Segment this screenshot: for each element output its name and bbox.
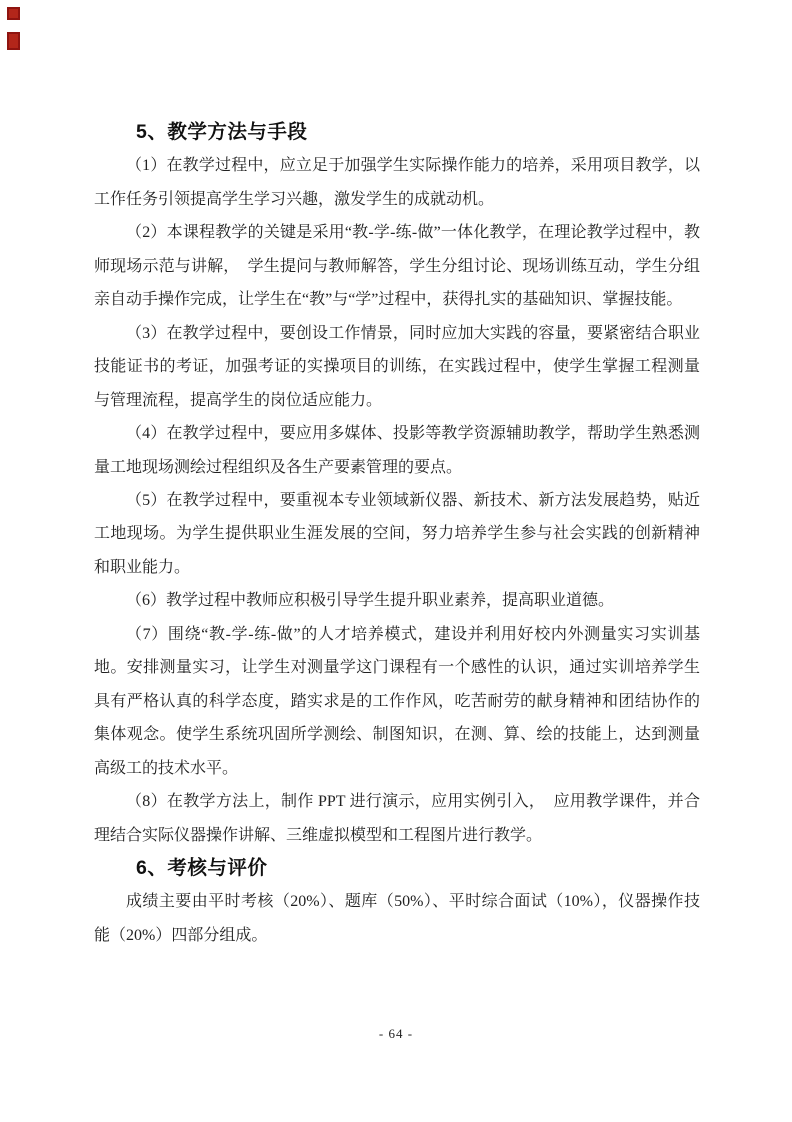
paragraph-6: （6）教学过程中教师应积极引导学生提升职业素养，提高职业道德。 [94,584,700,617]
paragraph-3: （3）在教学过程中，要创设工作情景，同时应加大实践的容量，要紧密结合职业技能证书… [94,317,700,417]
red-stamp-icon [7,7,20,20]
section-heading-assessment: 6、考核与评价 [94,852,700,885]
page-number: - 64 - [0,1026,792,1042]
paragraph-9: 成绩主要由平时考核（20%）、题库（50%）、平时综合面试（10%），仪器操作技… [94,885,700,952]
section-heading-teaching-methods: 5、教学方法与手段 [94,116,700,149]
paragraph-4: （4）在教学过程中，要应用多媒体、投影等教学资源辅助教学，帮助学生熟悉测量工地现… [94,417,700,484]
document-content: 5、教学方法与手段 （1）在教学过程中，应立足于加强学生实际操作能力的培养，采用… [94,116,700,952]
paragraph-7: （7）围绕“教-学-练-做”的人才培养模式，建设并利用好校内外测量实习实训基地。… [94,618,700,785]
paragraph-1: （1）在教学过程中，应立足于加强学生实际操作能力的培养，采用项目教学，以工作任务… [94,149,700,216]
paragraph-5: （5）在教学过程中，要重视本专业领域新仪器、新技术、新方法发展趋势，贴近工地现场… [94,484,700,584]
paragraph-2: （2）本课程教学的关键是采用“教-学-练-做”一体化教学，在理论教学过程中，教师… [94,216,700,316]
paragraph-8: （8）在教学方法上，制作 PPT 进行演示，应用实例引入， 应用教学课件，并合理… [94,785,700,852]
document-page: 5、教学方法与手段 （1）在教学过程中，应立足于加强学生实际操作能力的培养，采用… [0,0,792,1122]
red-stamp-icon [7,32,20,50]
